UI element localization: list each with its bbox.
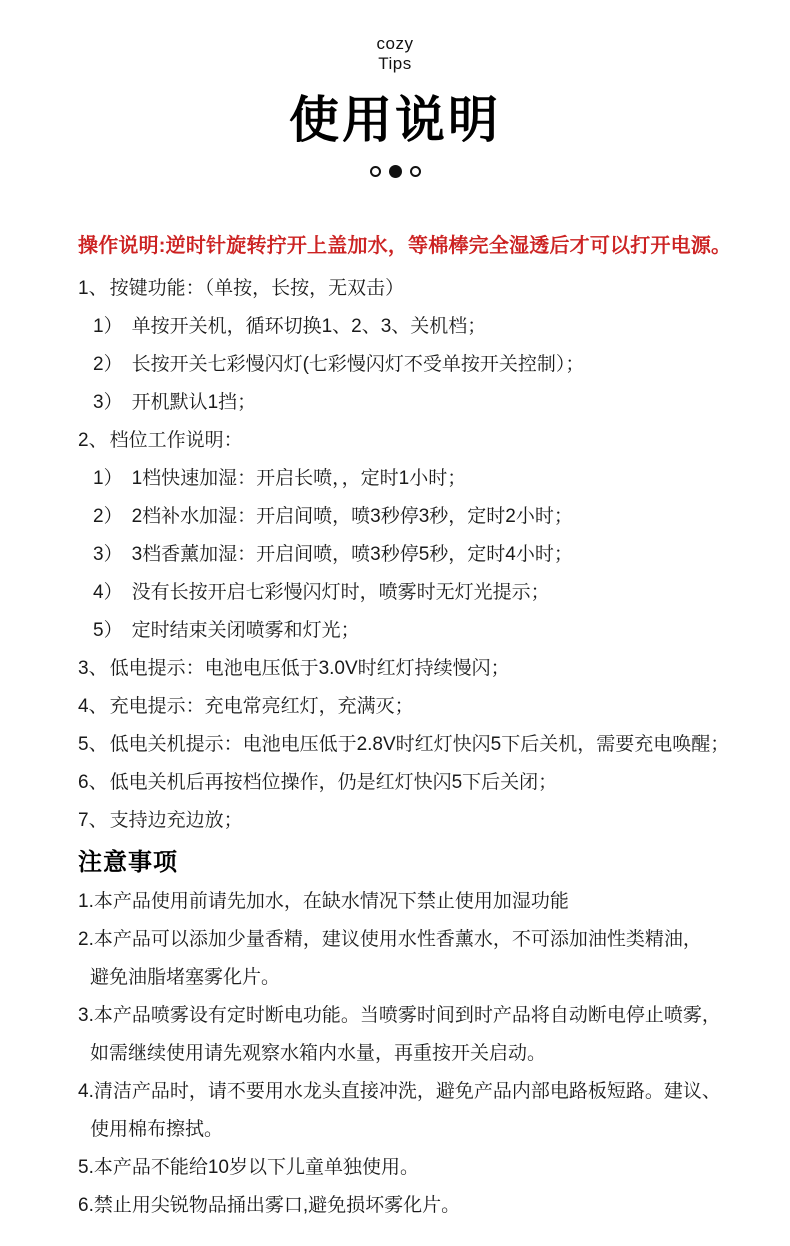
instruction-subitem-label: 2） xyxy=(93,506,123,527)
instruction-item: 6、低电关机后再按档位操作，仍是红灯快闪5下后关闭； xyxy=(0,764,790,802)
instruction-subitem: 1）单按开关机，循环切换1、2、3、关机档； xyxy=(0,308,790,346)
instruction-subitem-label: 4） xyxy=(93,582,123,603)
notice-line: 6.禁止用尖锐物品捅出雾口,避免损坏雾化片。 xyxy=(0,1187,790,1225)
instruction-subitem-text: 定时结束关闭喷雾和灯光； xyxy=(132,620,360,641)
instruction-subitem-label: 3） xyxy=(93,392,123,413)
instruction-subitem-text: 开机默认1挡； xyxy=(132,392,257,413)
instruction-item: 7、支持边充边放； xyxy=(0,802,790,840)
instruction-subitem-label: 1） xyxy=(93,468,123,489)
instruction-item: 2、档位工作说明： xyxy=(0,422,790,460)
instruction-item-label: 3、 xyxy=(78,658,108,679)
notices-heading: 注意事项 xyxy=(78,848,790,878)
notice-line: 3.本产品喷雾设有定时断电功能。当喷雾时间到时产品将自动断电停止喷雾， xyxy=(0,997,790,1035)
notice-line: 2.本产品可以添加少量香精，建议使用水性香薰水，不可添加油性类精油， xyxy=(0,921,790,959)
dot-outline-icon xyxy=(370,166,381,177)
instruction-item-text: 低电提示：电池电压低于3.0V时红灯持续慢闪； xyxy=(110,658,510,679)
operation-note: 操作说明:逆时针旋转拧开上盖加水，等棉棒完全湿透后才可以打开电源。 xyxy=(78,235,754,258)
instruction-item-text: 支持边充边放； xyxy=(110,810,243,831)
instruction-subitem-text: 2档补水加湿：开启间喷，喷3秒停3秒，定时2小时； xyxy=(132,506,573,527)
instruction-subitem-text: 单按开关机，循环切换1、2、3、关机档； xyxy=(132,316,487,337)
dots-divider xyxy=(0,165,790,179)
instruction-subitem-label: 3） xyxy=(93,544,123,565)
dot-filled-icon xyxy=(389,165,402,178)
brand-logo-line1: cozy xyxy=(0,34,790,54)
instruction-subitem-label: 1） xyxy=(93,316,123,337)
notice-line: 如需继续使用请先观察水箱内水量，再重按开关启动。 xyxy=(0,1035,790,1073)
instruction-item-text: 档位工作说明： xyxy=(110,430,243,451)
instruction-item-text: 低电关机提示：电池电压低于2.8V时红灯快闪5下后关机，需要充电唤醒； xyxy=(110,734,730,755)
instruction-subitem-text: 3档香薰加湿：开启间喷，喷3秒停5秒，定时4小时； xyxy=(132,544,573,565)
instruction-item-label: 4、 xyxy=(78,696,108,717)
instruction-subitem-text: 长按开关七彩慢闪灯(七彩慢闪灯不受单按开关控制）； xyxy=(132,354,585,375)
instruction-item: 3、低电提示：电池电压低于3.0V时红灯持续慢闪； xyxy=(0,650,790,688)
instruction-item-label: 5、 xyxy=(78,734,108,755)
instruction-item-label: 1、 xyxy=(78,278,108,299)
instruction-item-text: 充电提示：充电常亮红灯，充满灭； xyxy=(110,696,414,717)
notice-line: 使用棉布擦拭。 xyxy=(0,1111,790,1149)
instruction-subitem: 4）没有长按开启七彩慢闪灯时，喷雾时无灯光提示； xyxy=(0,574,790,612)
notice-line: 避免油脂堵塞雾化片。 xyxy=(0,959,790,997)
instruction-subitem: 2）长按开关七彩慢闪灯(七彩慢闪灯不受单按开关控制）； xyxy=(0,346,790,384)
instruction-item-label: 6、 xyxy=(78,772,108,793)
page-title: 使用说明 xyxy=(0,94,790,147)
instruction-subitem: 3）开机默认1挡； xyxy=(0,384,790,422)
instruction-subitem: 1）1档快速加湿：开启长喷，，定时1小时； xyxy=(0,460,790,498)
instruction-item-label: 7、 xyxy=(78,810,108,831)
instruction-subitem: 5）定时结束关闭喷雾和灯光； xyxy=(0,612,790,650)
instruction-item-text: 按键功能：（单按，长按，无双击） xyxy=(110,278,405,299)
brand-logo-line2: Tips xyxy=(0,54,790,74)
instructions-list: 1、按键功能：（单按，长按，无双击）1）单按开关机，循环切换1、2、3、关机档；… xyxy=(0,270,790,840)
instruction-item: 4、充电提示：充电常亮红灯，充满灭； xyxy=(0,688,790,726)
instruction-subitem-text: 1档快速加湿：开启长喷，，定时1小时； xyxy=(132,468,467,489)
notice-line: 4.清洁产品时，请不要用水龙头直接冲洗，避免产品内部电路板短路。建议、 xyxy=(0,1073,790,1111)
instruction-item: 5、低电关机提示：电池电压低于2.8V时红灯快闪5下后关机，需要充电唤醒； xyxy=(0,726,790,764)
instruction-item: 1、按键功能：（单按，长按，无双击） xyxy=(0,270,790,308)
notice-line: 1.本产品使用前请先加水，在缺水情况下禁止使用加湿功能 xyxy=(0,883,790,921)
instruction-subitem: 2）2档补水加湿：开启间喷，喷3秒停3秒，定时2小时； xyxy=(0,498,790,536)
instruction-subitem-label: 5） xyxy=(93,620,123,641)
notice-line: 5.本产品不能给10岁以下儿童单独使用。 xyxy=(0,1149,790,1187)
instruction-item-label: 2、 xyxy=(78,430,108,451)
page-header: cozy Tips 使用说明 xyxy=(0,0,790,179)
brand-logo: cozy Tips xyxy=(0,34,790,74)
notices-list: 1.本产品使用前请先加水，在缺水情况下禁止使用加湿功能2.本产品可以添加少量香精… xyxy=(0,883,790,1225)
instruction-subitem-label: 2） xyxy=(93,354,123,375)
dot-outline-icon xyxy=(410,166,421,177)
instruction-subitem: 3）3档香薰加湿：开启间喷，喷3秒停5秒，定时4小时； xyxy=(0,536,790,574)
instruction-subitem-text: 没有长按开启七彩慢闪灯时，喷雾时无灯光提示； xyxy=(132,582,550,603)
instruction-item-text: 低电关机后再按档位操作，仍是红灯快闪5下后关闭； xyxy=(110,772,558,793)
instruction-page: cozy Tips 使用说明 操作说明:逆时针旋转拧开上盖加水，等棉棒完全湿透后… xyxy=(0,0,790,1246)
